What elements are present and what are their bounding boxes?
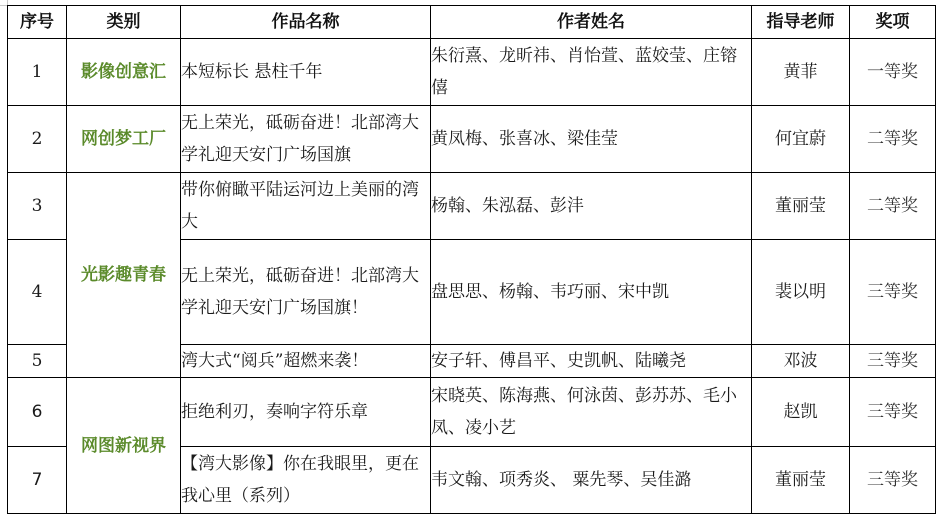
header-title: 作品名称: [181, 6, 431, 39]
cell-authors: 朱衍熹、龙昕祎、肖怡萱、蓝姣莹、庄镕僖: [431, 39, 752, 106]
cell-num: 2: [8, 106, 67, 173]
cell-teacher: 裴以明: [752, 240, 850, 345]
cell-num: 7: [8, 447, 67, 514]
table-row: 1 影像创意汇 本短标长 悬柱千年 朱衍熹、龙昕祎、肖怡萱、蓝姣莹、庄镕僖 黄菲…: [8, 39, 936, 106]
cell-num: 6: [8, 378, 67, 447]
cell-authors: 韦文翰、项秀炎、 粟先琴、吴佳潞: [431, 447, 752, 514]
cell-authors: 安子轩、傅昌平、史凯帆、陆曦尧: [431, 345, 752, 378]
cell-award: 三等奖: [850, 240, 936, 345]
cell-num: 1: [8, 39, 67, 106]
cell-authors: 杨翰、朱泓磊、彭沣: [431, 173, 752, 240]
cell-teacher: 邓波: [752, 345, 850, 378]
cell-num: 5: [8, 345, 67, 378]
cell-award: 三等奖: [850, 378, 936, 447]
awards-table: 序号 类别 作品名称 作者姓名 指导老师 奖项 1 影像创意汇 本短标长 悬柱千…: [7, 5, 936, 514]
cell-teacher: 董丽莹: [752, 173, 850, 240]
cell-authors: 盘思思、杨翰、韦巧丽、宋中凯: [431, 240, 752, 345]
cell-title: 【湾大影像】你在我眼里，更在我心里（系列）: [181, 447, 431, 514]
cell-award: 三等奖: [850, 447, 936, 514]
table-row: 2 网创梦工厂 无上荣光，砥砺奋进！北部湾大学礼迎天安门广场国旗 黄凤梅、张喜冰…: [8, 106, 936, 173]
header-award: 奖项: [850, 6, 936, 39]
header-category: 类别: [67, 6, 181, 39]
header-num: 序号: [8, 6, 67, 39]
table-row: 3 光影趣青春 带你俯瞰平陆运河边上美丽的湾大 杨翰、朱泓磊、彭沣 董丽莹 二等…: [8, 173, 936, 240]
cell-title: 无上荣光，砥砺奋进！北部湾大学礼迎天安门广场国旗！: [181, 240, 431, 345]
cell-num: 4: [8, 240, 67, 345]
cell-title: 本短标长 悬柱千年: [181, 39, 431, 106]
cell-title: 拒绝利刃，奏响字符乐章: [181, 378, 431, 447]
cell-authors: 黄凤梅、张喜冰、梁佳莹: [431, 106, 752, 173]
cell-teacher: 董丽莹: [752, 447, 850, 514]
cell-award: 一等奖: [850, 39, 936, 106]
cell-category: 网图新视界: [67, 378, 181, 514]
cell-title: 无上荣光，砥砺奋进！北部湾大学礼迎天安门广场国旗: [181, 106, 431, 173]
header-authors: 作者姓名: [431, 6, 752, 39]
cell-category: 光影趣青春: [67, 173, 181, 378]
cell-title: 带你俯瞰平陆运河边上美丽的湾大: [181, 173, 431, 240]
cell-award: 二等奖: [850, 106, 936, 173]
cell-num: 3: [8, 173, 67, 240]
cell-title: 湾大式“阅兵”超燃来袭！: [181, 345, 431, 378]
cell-teacher: 赵凯: [752, 378, 850, 447]
cell-teacher: 何宜蔚: [752, 106, 850, 173]
cell-award: 三等奖: [850, 345, 936, 378]
cell-teacher: 黄菲: [752, 39, 850, 106]
table-header-row: 序号 类别 作品名称 作者姓名 指导老师 奖项: [8, 6, 936, 39]
header-teacher: 指导老师: [752, 6, 850, 39]
cell-category: 网创梦工厂: [67, 106, 181, 173]
cell-authors: 宋晓英、陈海燕、何泳茵、彭苏苏、毛小凤、凌小艺: [431, 378, 752, 447]
cell-award: 二等奖: [850, 173, 936, 240]
table-row: 6 网图新视界 拒绝利刃，奏响字符乐章 宋晓英、陈海燕、何泳茵、彭苏苏、毛小凤、…: [8, 378, 936, 447]
cell-category: 影像创意汇: [67, 39, 181, 106]
